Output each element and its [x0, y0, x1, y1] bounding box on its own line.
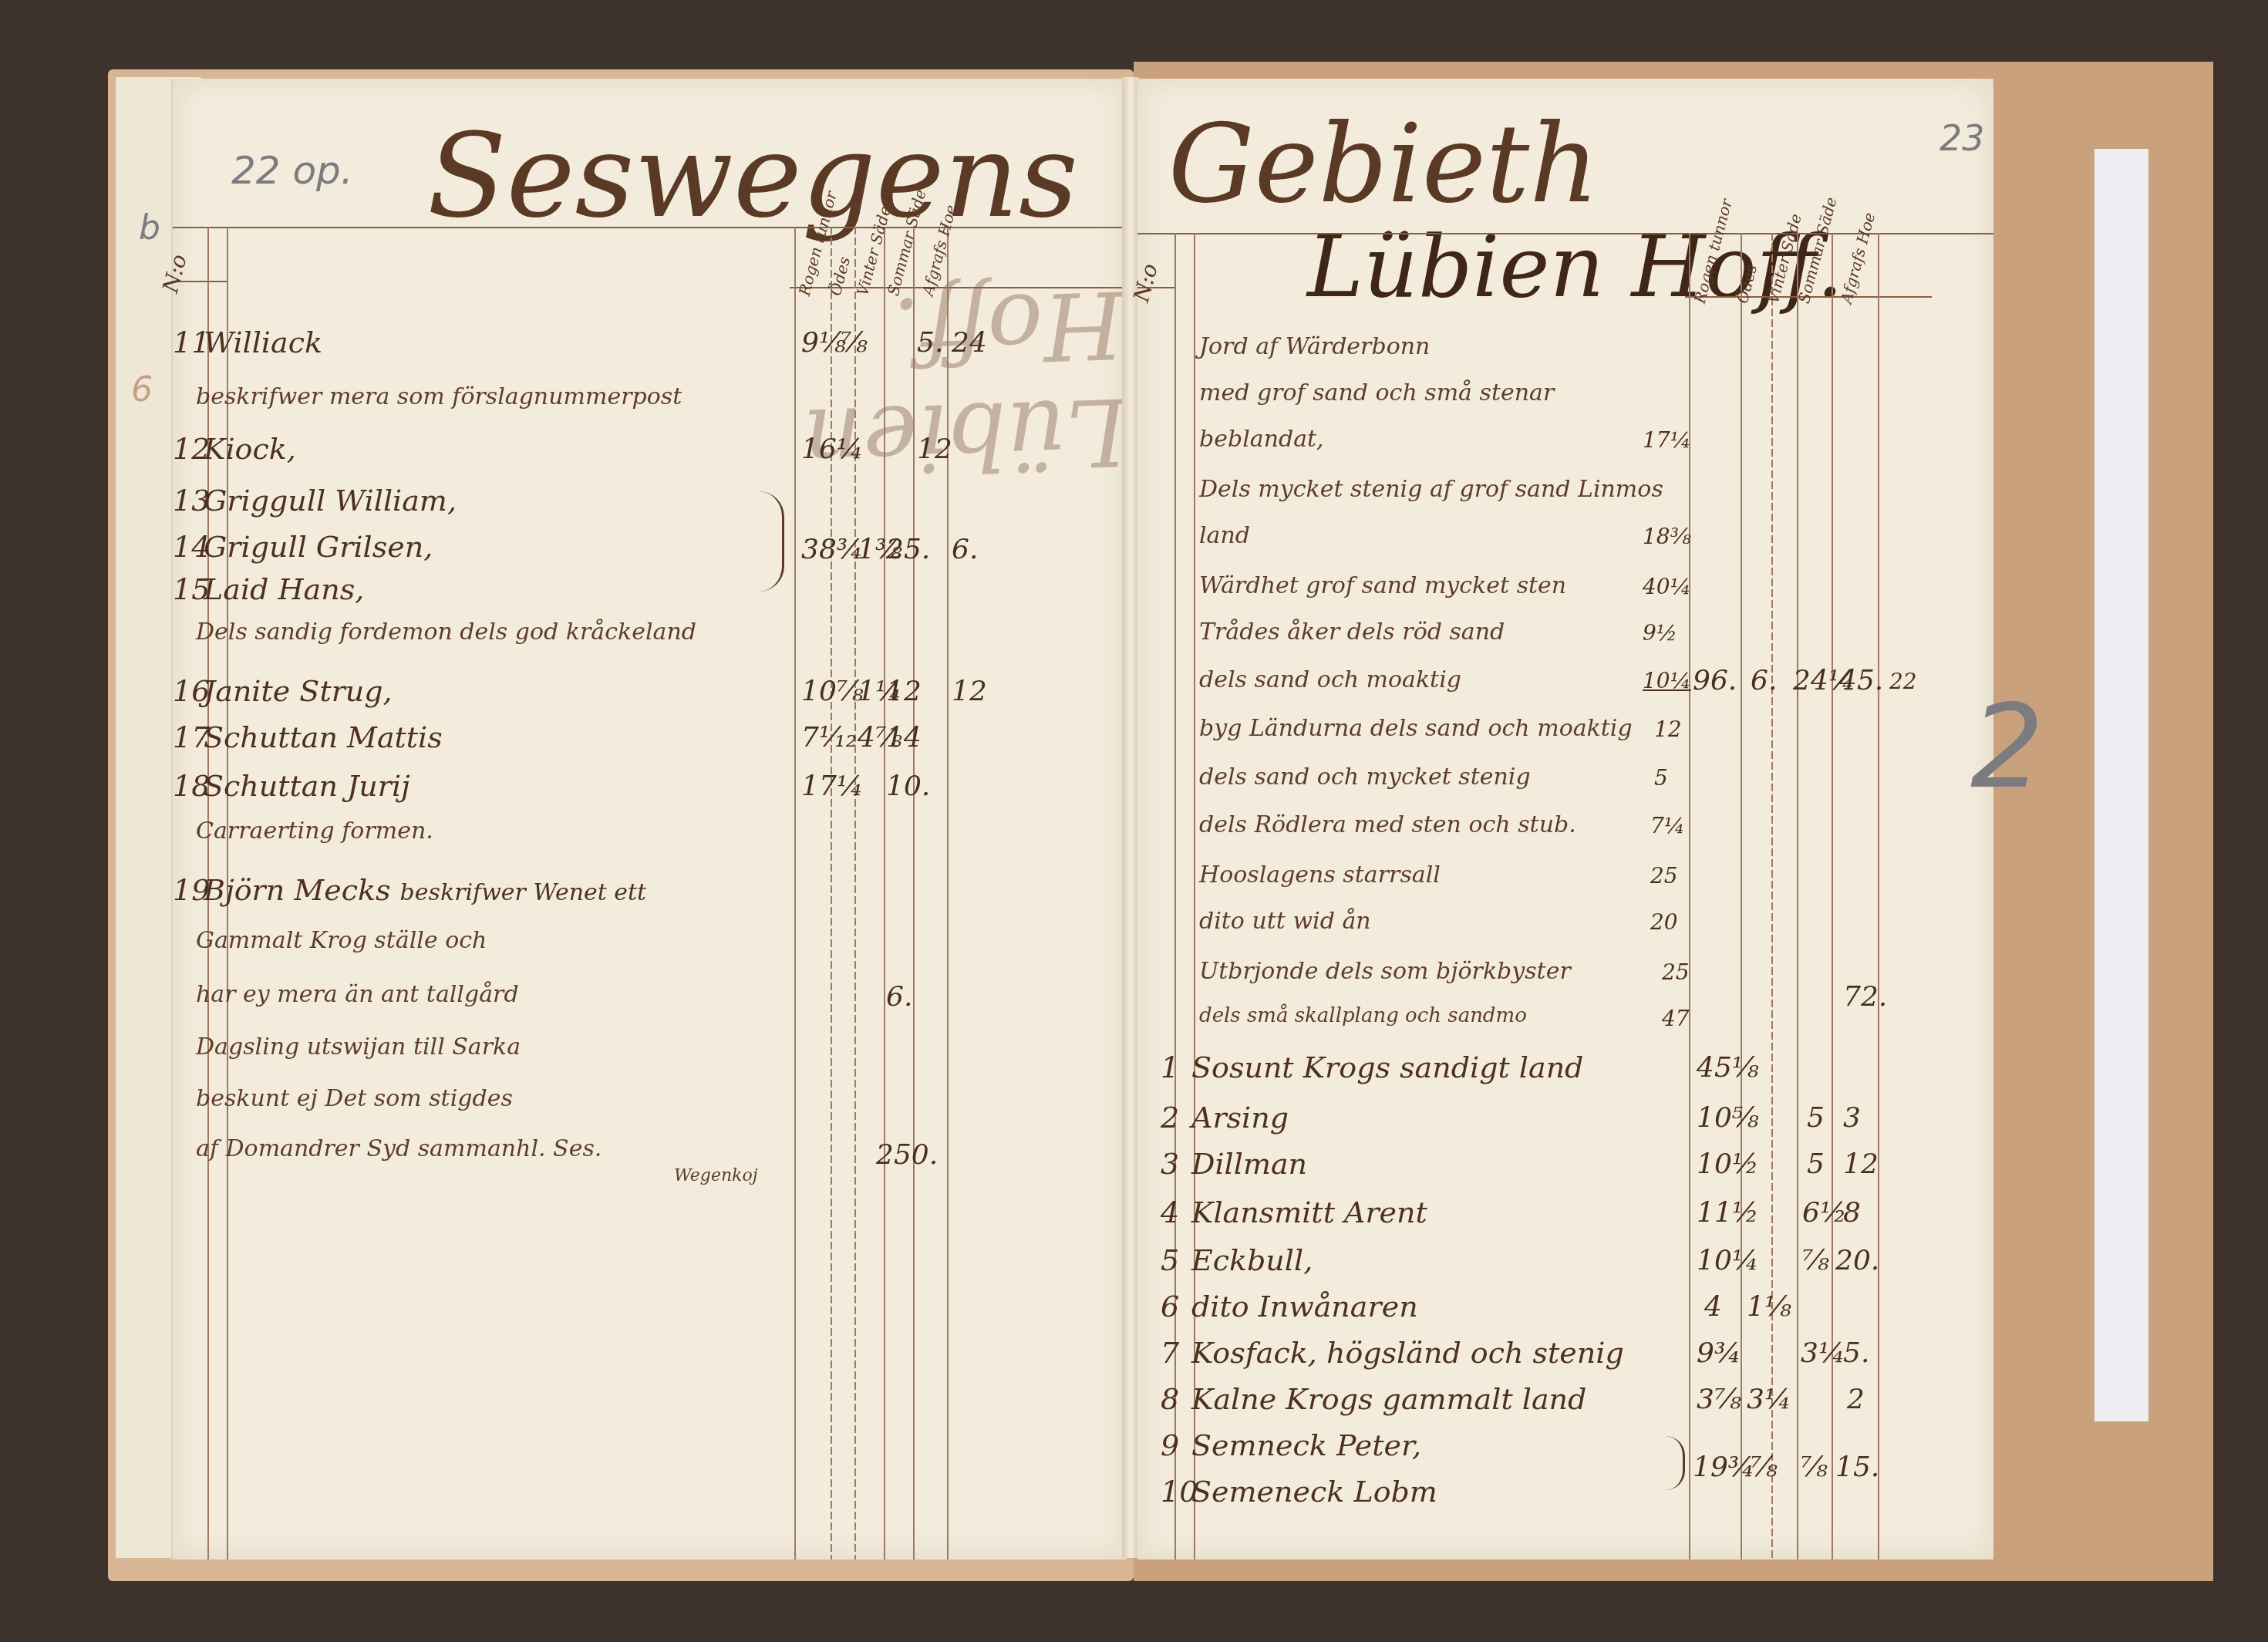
cell-value: 12 — [917, 433, 952, 465]
pencil-folio-number: 22 op. — [231, 148, 353, 193]
row-note: Wegenkoj — [674, 1166, 758, 1185]
ledger-row: 18Schuttan Jurij — [173, 769, 410, 803]
cell-value: 10⅝ — [1697, 1102, 1759, 1134]
ledger-row: 10Semeneck Lobm — [1161, 1475, 1437, 1509]
cell-value: 15. — [1835, 1452, 1879, 1483]
ledger-row: 3Dillman — [1161, 1147, 1307, 1181]
cell-value: 11½ — [1697, 1197, 1759, 1229]
cell-value: 6. — [886, 981, 912, 1013]
field-note: Dels mycket stenig af grof sand Linmos — [1199, 476, 1663, 503]
grouping-brace — [759, 491, 784, 592]
cell-value: 9⅛ — [801, 327, 846, 359]
white-paper-tab — [2094, 149, 2148, 1421]
field-value: 7¼ — [1650, 813, 1685, 838]
cell-value: 45⅛ — [1697, 1052, 1759, 1084]
cell-value: 2 — [1847, 1384, 1865, 1415]
cell-value: 10¼ — [1697, 1245, 1759, 1276]
pencil-mark-6: 6 — [131, 370, 153, 410]
cell-value: 19¾ — [1693, 1452, 1755, 1483]
col-line-6 — [1878, 233, 1879, 1559]
field-value: 12 — [1654, 716, 1682, 742]
cell-value: 10. — [886, 770, 930, 802]
cell-value: 4 — [1704, 1291, 1722, 1323]
col-line-6 — [947, 227, 949, 1559]
field-value: 47 — [1662, 1006, 1690, 1031]
cell-value: 12 — [952, 676, 987, 707]
ledger-row: 13Griggull William, — [173, 484, 457, 518]
field-note: med grof sand och små stenar — [1199, 379, 1554, 406]
row-note: af Domandrer Syd sammanhl. Ses. — [196, 1135, 602, 1162]
field-note: dels sand och mycket stenig — [1199, 764, 1531, 791]
field-value: 5 — [1654, 765, 1668, 791]
cell-value: ⅞ — [1751, 1452, 1778, 1483]
row-note: Gammalt Krog ställe och — [196, 927, 487, 954]
total-value: 6. — [1751, 665, 1777, 696]
col-line-5 — [913, 227, 915, 1559]
field-note: Jord af Wärderbonn — [1199, 333, 1430, 360]
right-page: 23 Gebieth Lübien Hoff. 2 N:o Rogen tunn… — [1137, 79, 1993, 1559]
cell-value: 24 — [952, 327, 987, 359]
row-note: Dels sandig fordemon dels god kråckeland — [196, 619, 696, 646]
field-value: 9½ — [1643, 620, 1677, 646]
ledger-row: 2Arsing — [1161, 1101, 1289, 1135]
field-note: dels sand och moaktig — [1199, 666, 1461, 693]
pencil-mark-b: b — [139, 208, 160, 248]
ledger-row: 1Sosunt Krogs sandigt land — [1161, 1050, 1583, 1084]
row-note: Carraerting formen. — [196, 818, 433, 845]
cell-value: 12 — [886, 676, 922, 707]
row-note: har ey mera än ant tallgård — [196, 981, 519, 1008]
cell-value: 1⅛ — [1747, 1291, 1791, 1323]
cell-value: 16¼ — [801, 433, 864, 465]
cell-value: 5 — [1807, 1148, 1825, 1180]
total-value: 72. — [1843, 981, 1887, 1013]
total-value: 96. — [1693, 665, 1737, 696]
col-line-1 — [794, 227, 796, 1559]
pencil-margin-mark: 2 — [1970, 680, 2044, 814]
field-note: dels små skallplang och sandmo — [1199, 1004, 1527, 1027]
cell-value: 3⅞ — [1697, 1384, 1741, 1415]
cell-value: 250. — [876, 1139, 938, 1171]
cell-value: 7¹⁄₁₂ — [801, 722, 857, 754]
col-line-4 — [884, 227, 885, 1559]
page-heading-right: Gebieth — [1168, 102, 1599, 228]
cell-value: 3 — [1843, 1102, 1861, 1134]
field-value: 25 — [1662, 959, 1690, 985]
field-note: Wärdhet grof sand mycket sten — [1199, 572, 1566, 599]
row-note: beskrifwer mera som förslagnummerpost — [196, 383, 682, 410]
cell-value: ⅞ — [1801, 1452, 1828, 1483]
field-value: 20 — [1650, 909, 1678, 935]
ledger-row: 6dito Inwånaren — [1161, 1290, 1418, 1323]
pencil-folio-number: 23 — [1939, 117, 1985, 159]
cell-value: 25. — [886, 534, 930, 565]
field-note: byg Ländurna dels sand och moaktig — [1199, 715, 1633, 742]
cell-value: 6. — [952, 534, 978, 565]
field-value: 10¼ — [1643, 668, 1691, 693]
col-line-4 — [1797, 233, 1798, 1559]
ledger-row: 12Kiock, — [173, 432, 296, 466]
ledger-row: 19Björn Mecks beskrifwer Wenet ett — [173, 873, 646, 907]
ledger-row: 11Williack — [173, 325, 322, 359]
cell-value: 8 — [1843, 1197, 1861, 1229]
field-value: 17¼ — [1643, 427, 1691, 453]
ledger-row: 17Schuttan Mattis — [173, 720, 443, 754]
ledger-row: 14Grigull Grilsen, — [173, 530, 433, 564]
ledger-row: 7Kosfack, högsländ och stenig — [1161, 1336, 1624, 1370]
ledger-row: 5Eckbull, — [1161, 1243, 1313, 1277]
cell-value: 6½ — [1802, 1197, 1847, 1229]
cell-value: 5. — [1843, 1337, 1869, 1369]
row-note: Dagsling utswijan till Sarka — [196, 1033, 521, 1060]
cell-value: 38¾ — [801, 534, 864, 565]
field-note: dito utt wid ån — [1199, 908, 1371, 935]
cell-value: 12 — [1843, 1148, 1879, 1180]
cell-value: ⅞ — [1802, 1245, 1829, 1276]
field-value: 40¼ — [1643, 574, 1691, 599]
cell-value: 3¼ — [1801, 1337, 1845, 1369]
ledger-row: 9Semneck Peter, — [1161, 1428, 1421, 1462]
cell-value: 17¼ — [801, 770, 864, 802]
cell-value: 3¼ — [1747, 1384, 1791, 1415]
cell-value: 5 — [1807, 1102, 1825, 1134]
field-note: dels Rödlera med sten och stub. — [1199, 811, 1576, 838]
field-value: 18⅜ — [1643, 524, 1691, 549]
cell-value: 10⅞ — [801, 676, 864, 707]
ledger-row: 4Klansmitt Arent — [1161, 1195, 1427, 1229]
cell-value: ⅞ — [841, 327, 868, 359]
total-value: 45. — [1839, 665, 1883, 696]
field-note: beblandat, — [1199, 426, 1324, 453]
field-note: Utbrjonde dels som björkbyster — [1199, 958, 1571, 985]
header-rule-top — [173, 227, 1126, 228]
field-value: 25 — [1650, 863, 1678, 888]
grouping-brace — [1666, 1436, 1685, 1490]
cell-value: 14 — [886, 722, 922, 754]
total-value: 22 — [1889, 669, 1917, 694]
ledger-row: 16Janite Strug, — [173, 674, 393, 708]
col-line-3 — [1771, 233, 1773, 1559]
col-line-2 — [831, 227, 832, 1559]
col-line-3 — [854, 227, 856, 1559]
page-heading-left: Seswegens — [427, 110, 1078, 244]
cell-value: 10½ — [1697, 1148, 1759, 1180]
row-note: beskunt ej Det som stigdes — [196, 1085, 513, 1112]
field-note: Trådes åker dels röd sand — [1199, 619, 1505, 646]
field-note: Hooslagens starrsall — [1199, 861, 1441, 888]
ledger-row: 8Kalne Krogs gammalt land — [1161, 1382, 1586, 1416]
left-page: 22 op. Seswegens Lübien Hoff. N:o Rogen … — [171, 79, 1126, 1559]
cell-value: 9¾ — [1697, 1337, 1741, 1369]
field-note: land — [1199, 522, 1250, 549]
cell-value: 5. — [917, 327, 943, 359]
cell-value: 20. — [1835, 1245, 1879, 1276]
ledger-row: 15Laid Hans, — [173, 572, 364, 606]
